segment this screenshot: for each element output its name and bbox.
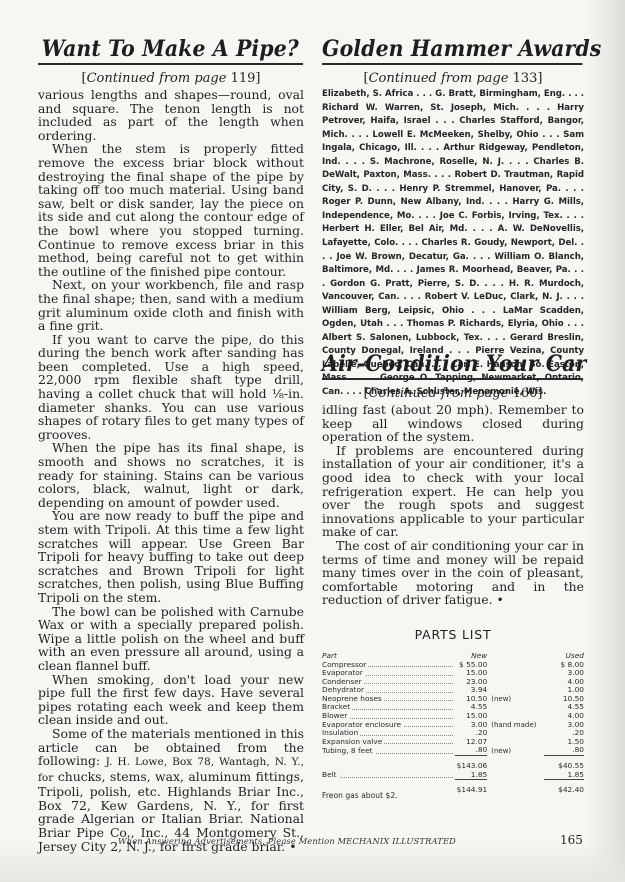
part-name: Bracket: [322, 703, 352, 711]
table-row: Condenser23.004.00: [322, 678, 584, 687]
awards-continued-line: [Continued from page 133]: [322, 71, 584, 87]
price-used: 1.85: [544, 771, 584, 780]
price-note: [487, 712, 543, 721]
table-row: Compressor$ 55.00$ 8.00: [322, 661, 584, 670]
part-name: Evaporator enclosure: [322, 721, 403, 729]
parts-list-title: PARTS LIST: [322, 627, 584, 642]
awards-article-title: Golden Hammer Awards: [322, 36, 583, 65]
part-name: Expansion valve: [322, 738, 384, 746]
parts-header-row: Part New Used: [322, 652, 584, 661]
part-name: Belt: [322, 771, 339, 779]
table-row: Bracket4.554.55: [322, 703, 584, 712]
paragraph: idling fast (about 20 mph). Remember to …: [322, 403, 584, 444]
continued-page-number: 133: [513, 71, 538, 86]
price-note: [487, 703, 543, 712]
continued-prefix: Continued from page: [369, 71, 509, 86]
part-name: Tubing, 8 feet: [322, 746, 375, 754]
subtotal-used: $40.55: [544, 756, 584, 771]
table-row: Tubing, 8 feet.80(new).80: [322, 746, 584, 755]
price-note: [487, 738, 543, 747]
subtotal-row: $143.06 $40.55: [322, 756, 584, 771]
table-row: Expansion valve12.071.50: [322, 738, 584, 747]
awards-article: Golden Hammer Awards [Continued from pag…: [322, 36, 584, 400]
paragraph: Next, on your workbench, file and rasp t…: [38, 278, 304, 332]
part-name: Insulation: [322, 729, 360, 737]
parts-list-table: Part New Used Compressor$ 55.00$ 8.00 Ev…: [322, 652, 584, 795]
part-name: Evaporator: [322, 669, 365, 677]
price-note: [487, 729, 543, 738]
paragraph-text: The cost of air conditioning your car in…: [322, 538, 584, 607]
table-row: Dehydrator3.941.00: [322, 686, 584, 695]
price-note: [487, 661, 543, 670]
aircon-article: Air-Condition Your Car [Continued from p…: [322, 351, 584, 800]
price-used: .80: [544, 746, 584, 755]
footer-note: When Answering Advertisements, Please Me…: [118, 836, 418, 846]
aircon-article-title: Air-Condition Your Car: [322, 351, 583, 380]
pipe-continued-line: [Continued from page 119]: [38, 71, 304, 87]
price-new: .80: [455, 746, 487, 755]
paragraph-sources: Some of the materials mentioned in this …: [38, 727, 304, 853]
part-name: Blower: [322, 712, 349, 720]
aircon-continued-line: [Continued from page 160]: [322, 386, 584, 402]
paragraph: When the pipe has its final shape, is sm…: [38, 441, 304, 509]
paragraph: The bowl can be polished with Carnube Wa…: [38, 605, 304, 673]
total-new: $144.91: [455, 780, 487, 795]
price-note: [487, 686, 543, 695]
part-name: Neoprene hoses: [322, 695, 384, 703]
paragraph: The cost of air conditioning your car in…: [322, 539, 584, 607]
paragraph: If problems are encountered during insta…: [322, 444, 584, 539]
part-name: Compressor: [322, 661, 368, 669]
part-name: Condenser: [322, 678, 364, 686]
continued-page-number: 119: [231, 71, 256, 86]
page-number: 165: [560, 833, 583, 847]
pipe-article-body: various lengths and shapes—round, oval a…: [38, 88, 304, 853]
pipe-article: Want To Make A Pipe? [Continued from pag…: [38, 36, 304, 853]
header-part: Part: [322, 652, 455, 661]
table-row: Evaporator15.003.00: [322, 669, 584, 678]
table-row: Insulation.20.20: [322, 729, 584, 738]
part-name: Dehydrator: [322, 686, 366, 694]
price-note: [487, 669, 543, 678]
table-row: Blower15.004.00: [322, 712, 584, 721]
aircon-article-body: idling fast (about 20 mph). Remember to …: [322, 403, 584, 607]
pipe-article-title: Want To Make A Pipe?: [38, 36, 303, 65]
continued-prefix: Continued from page: [369, 386, 509, 401]
price-note: [487, 678, 543, 687]
paragraph: various lengths and shapes—round, oval a…: [38, 88, 304, 142]
price-new: 1.85: [455, 771, 487, 780]
page-edge-shadow: [585, 0, 625, 882]
price-note: (new): [487, 746, 543, 755]
paragraph: When smoking, don't load your new pipe f…: [38, 673, 304, 727]
price-note: (hand made): [487, 721, 543, 730]
paragraph: When the stem is properly fitted remove …: [38, 142, 304, 278]
continued-prefix: Continued from page: [87, 71, 227, 86]
subtotal-new: $143.06: [455, 756, 487, 771]
belt-row: Belt1.851.85: [322, 771, 584, 780]
price-note: (new): [487, 695, 543, 704]
continued-page-number: 160: [513, 386, 538, 401]
end-mark: •: [496, 592, 503, 607]
table-row: Evaporator enclosure3.00(hand made)3.00: [322, 721, 584, 730]
paragraph: If you want to carve the pipe, do this d…: [38, 333, 304, 442]
table-row: Neoprene hoses10.50(new)10.50: [322, 695, 584, 704]
paragraph: You are now ready to buff the pipe and s…: [38, 509, 304, 604]
